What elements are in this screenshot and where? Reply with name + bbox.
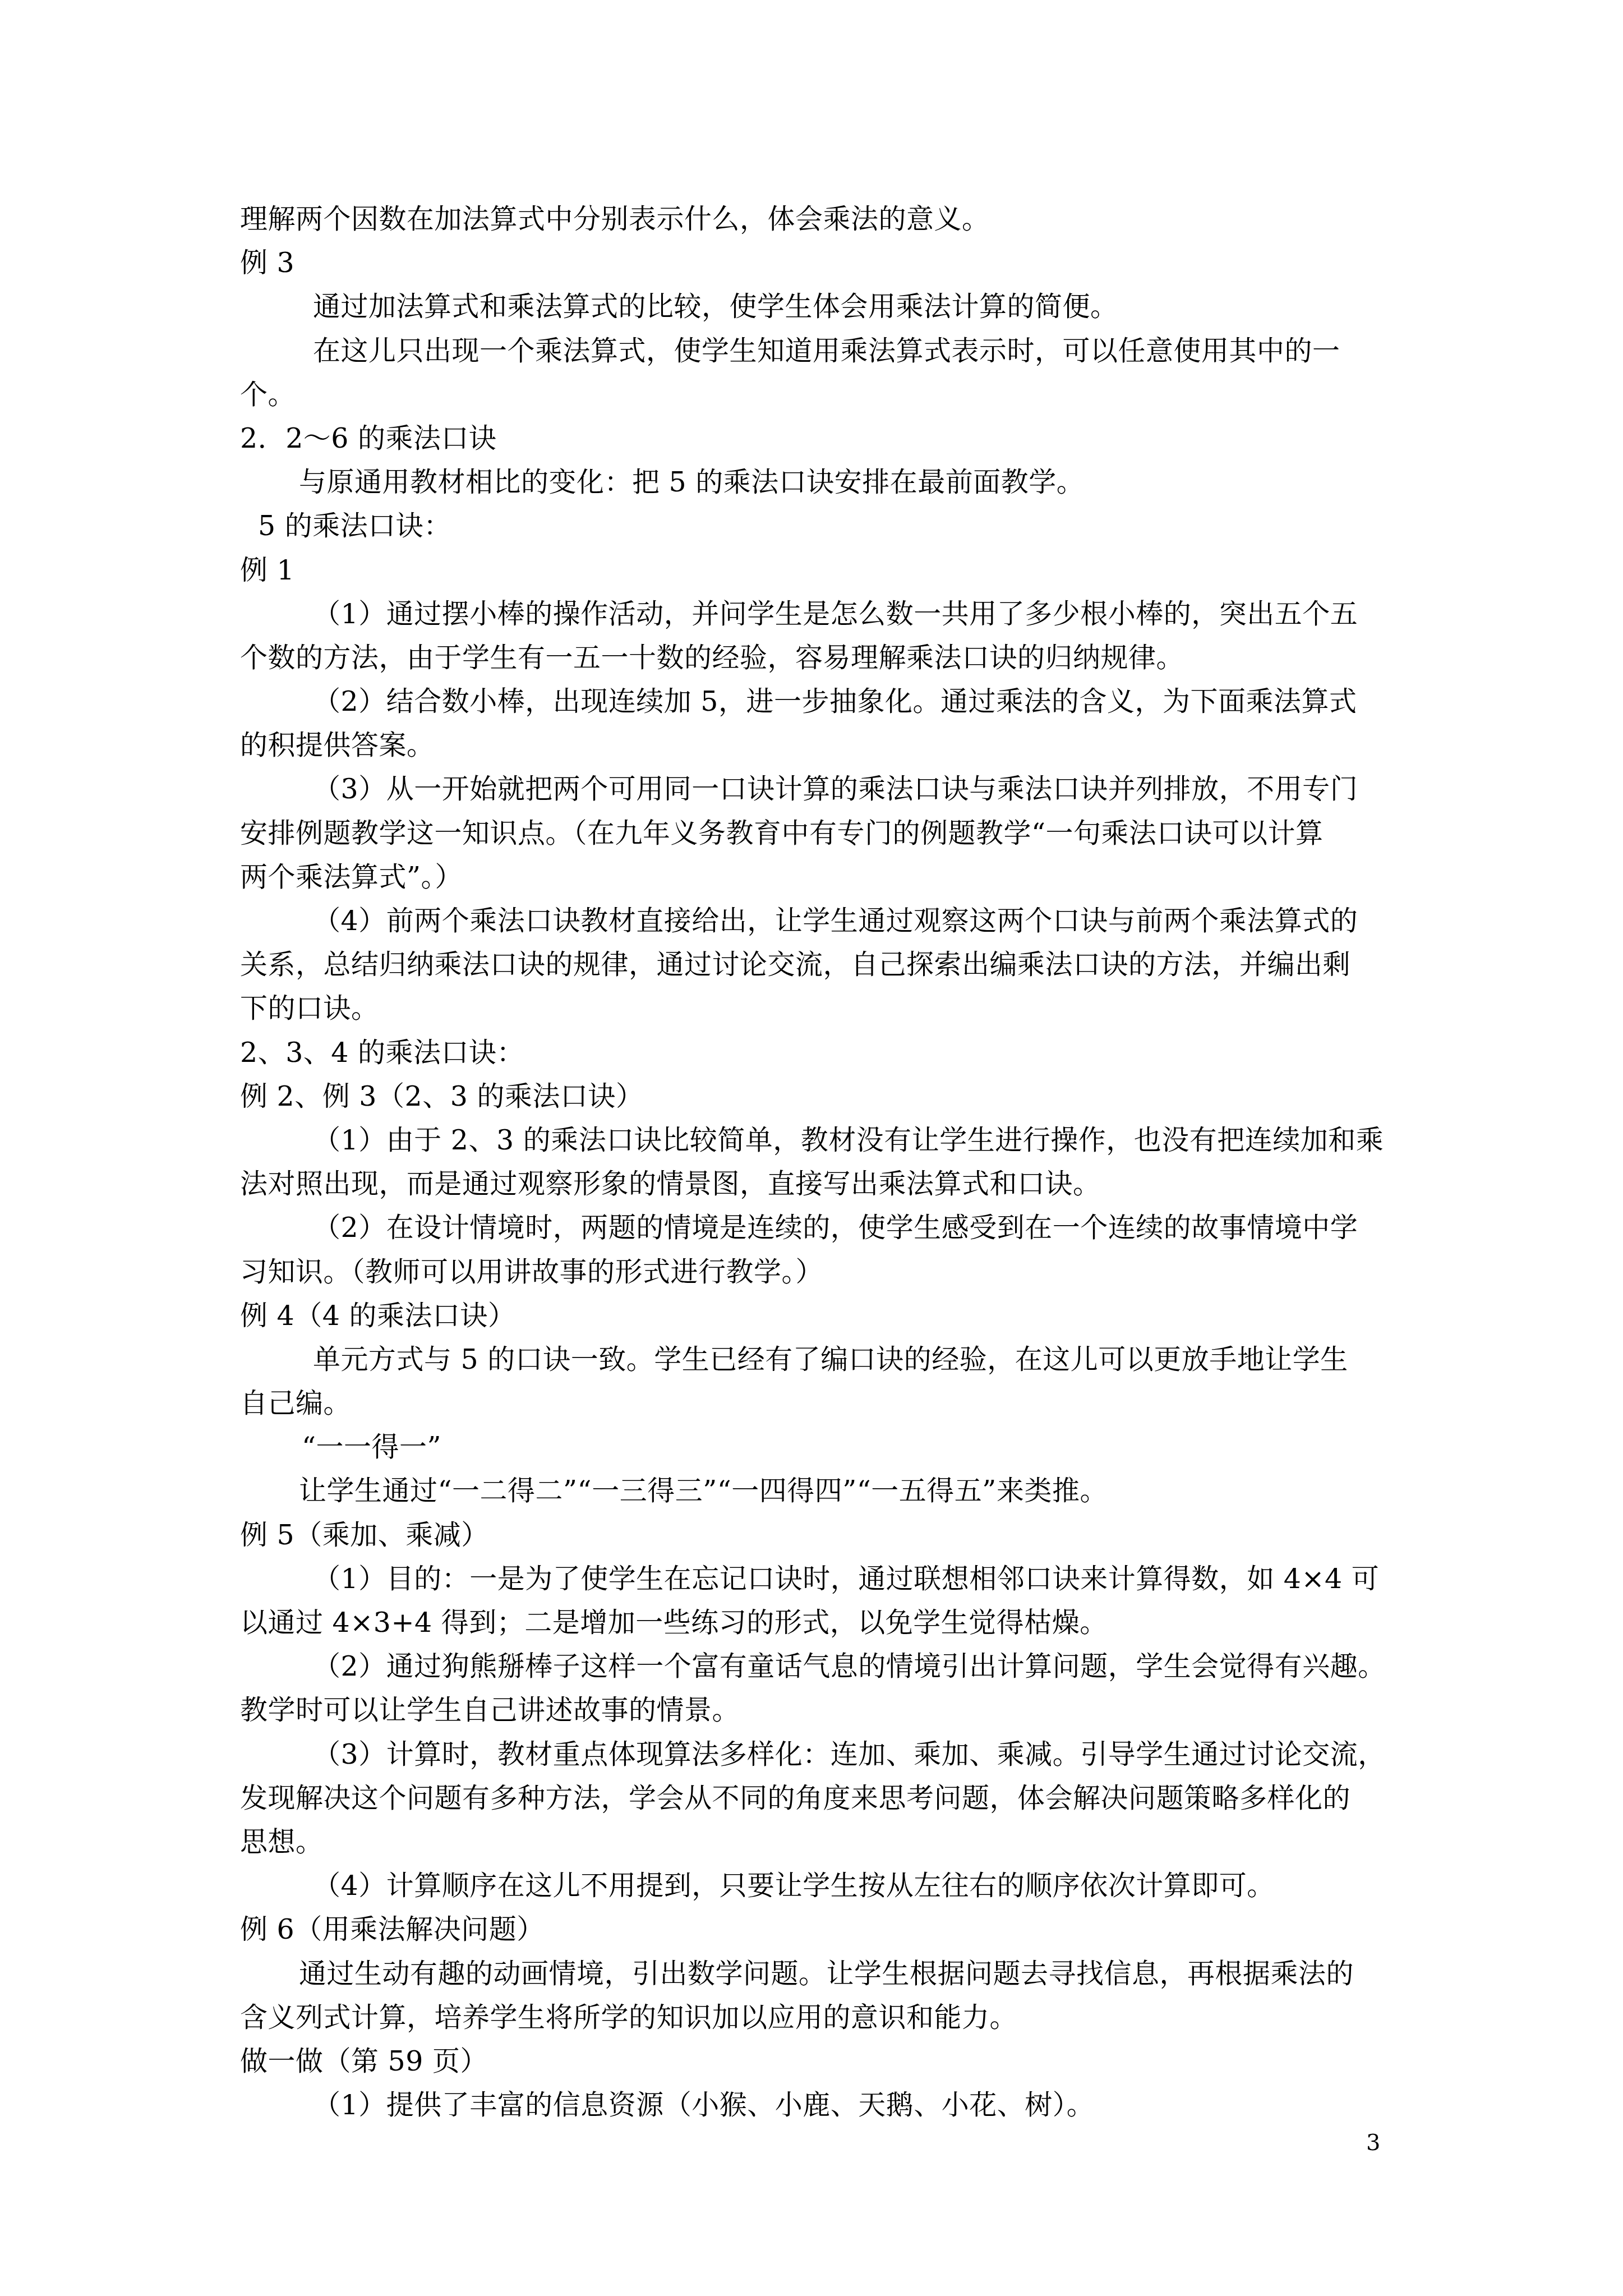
example-heading: 例 4（4 的乘法口诀） [240,1294,1384,1338]
text-line: （1）通过摆小棒的操作活动，并问学生是怎么数一共用了多少根小棒的，突出五个五 [240,592,1384,636]
text-line: 以通过 4×3+4 得到；二是增加一些练习的形式，以免学生觉得枯燥。 [240,1601,1384,1645]
text-line: 的积提供答案。 [240,724,1384,767]
quote-line: “一一得一” [240,1425,1384,1469]
text-line: 两个乘法算式”。） [240,855,1384,899]
text-line: 含义列式计算，培养学生将所学的知识加以应用的意识和能力。 [240,1996,1384,2040]
text-line: 个数的方法，由于学生有一五一十数的经验，容易理解乘法口诀的归纳规律。 [240,636,1384,680]
text-line: （2）通过狗熊掰棒子这样一个富有童话气息的情境引出计算问题，学生会觉得有兴趣。 [240,1645,1384,1688]
text-line: 教学时可以让学生自己讲述故事的情景。 [240,1688,1384,1732]
text-line: 下的口诀。 [240,987,1384,1030]
page-number: 3 [1366,2129,1380,2157]
text-line: 让学生通过“一二得二”“一三得三”“一四得四”“一五得五”来类推。 [240,1469,1384,1513]
text-line: 关系，总结归纳乘法口诀的规律，通过讨论交流，自己探索出编乘法口诀的方法，并编出剩 [240,943,1384,987]
text-line: 思想。 [240,1820,1384,1864]
text-line: 习知识。（教师可以用讲故事的形式进行教学。） [240,1250,1384,1294]
text-line: （3）从一开始就把两个可用同一口诀计算的乘法口诀与乘法口诀并列排放，不用专门 [240,767,1384,811]
text-line: 单元方式与 5 的口诀一致。学生已经有了编口诀的经验，在这儿可以更放手地让学生 [240,1338,1384,1382]
text-line: 安排例题教学这一知识点。（在九年义务教育中有专门的例题教学“一句乘法口诀可以计算 [240,812,1384,855]
text-line: （4）前两个乘法口诀教材直接给出，让学生通过观察这两个口诀与前两个乘法算式的 [240,899,1384,943]
text-line: 通过生动有趣的动画情境，引出数学问题。让学生根据问题去寻找信息，再根据乘法的 [240,1952,1384,1996]
text-line: （2）结合数小棒，出现连续加 5，进一步抽象化。通过乘法的含义，为下面乘法算式 [240,680,1384,724]
text-line: 自己编。 [240,1382,1384,1425]
subsection-heading: 2、3、4 的乘法口诀： [240,1031,1384,1075]
text-line: 通过加法算式和乘法算式的比较，使学生体会用乘法计算的简便。 [240,285,1384,329]
exercise-heading: 做一做（第 59 页） [240,2040,1384,2083]
text-line: 与原通用教材相比的变化：把 5 的乘法口诀安排在最前面教学。 [240,461,1384,504]
text-line: （1）由于 2、3 的乘法口诀比较简单，教材没有让学生进行操作，也没有把连续加和… [240,1119,1384,1162]
text-line: 法对照出现，而是通过观察形象的情景图，直接写出乘法算式和口诀。 [240,1162,1384,1206]
text-line: 发现解决这个问题有多种方法，学会从不同的角度来思考问题，体会解决问题策略多样化的 [240,1777,1384,1820]
example-heading: 例 5（乘加、乘减） [240,1513,1384,1557]
subsection-heading: 5 的乘法口诀： [240,504,1384,548]
text-line: （1）目的：一是为了使学生在忘记口诀时，通过联想相邻口诀来计算得数，如 4×4 … [240,1557,1384,1601]
text-line: （4）计算顺序在这儿不用提到，只要让学生按从左往右的顺序依次计算即可。 [240,1864,1384,1908]
example-heading: 例 6（用乘法解决问题） [240,1908,1384,1952]
text-line: 个。 [240,373,1384,417]
text-line: 在这儿只出现一个乘法算式，使学生知道用乘法算式表示时，可以任意使用其中的一 [240,329,1384,373]
section-heading: 2．2～6 的乘法口诀 [240,417,1384,461]
example-heading: 例 1 [240,549,1384,592]
text-line: 理解两个因数在加法算式中分别表示什么，体会乘法的意义。 [240,197,1384,241]
text-line: （1）提供了丰富的信息资源（小猴、小鹿、天鹅、小花、树）。 [240,2083,1384,2127]
text-line: （2）在设计情境时，两题的情境是连续的，使学生感受到在一个连续的故事情境中学 [240,1206,1384,1250]
document-page: 理解两个因数在加法算式中分别表示什么，体会乘法的意义。 例 3 通过加法算式和乘… [240,197,1384,2127]
example-heading: 例 3 [240,241,1384,285]
text-line: （3）计算时，教材重点体现算法多样化：连加、乘加、乘减。引导学生通过讨论交流， [240,1733,1384,1777]
example-heading: 例 2、例 3（2、3 的乘法口诀） [240,1075,1384,1119]
